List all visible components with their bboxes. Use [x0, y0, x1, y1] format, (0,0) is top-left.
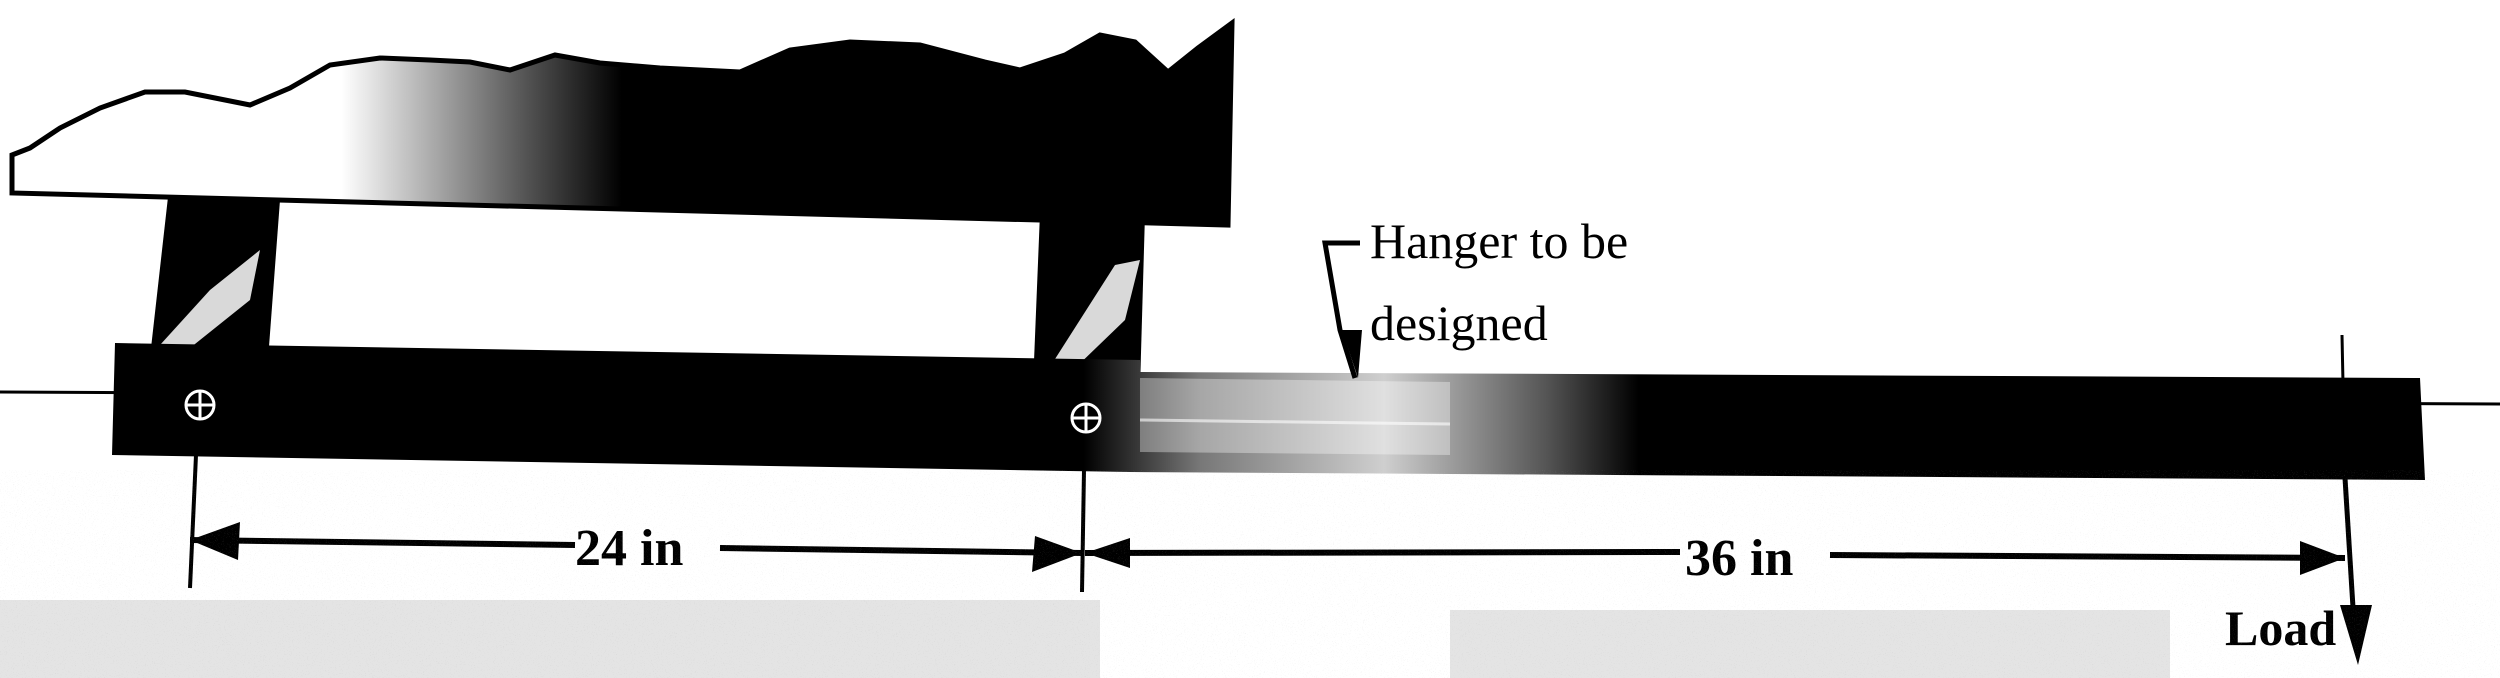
- hanger-beam-diagram: 24 in 36 in Load Hanger to be designed: [0, 0, 2500, 678]
- callout-line-1: Hanger to be: [1370, 213, 1628, 269]
- callout-line-2: designed: [1370, 295, 1548, 351]
- bleed-through-text-right: [1450, 610, 2170, 678]
- beam-inner-band: [1140, 378, 1450, 455]
- bleed-through-text: [0, 600, 1100, 678]
- pin-left: [186, 391, 214, 419]
- pin-right: [1072, 404, 1100, 432]
